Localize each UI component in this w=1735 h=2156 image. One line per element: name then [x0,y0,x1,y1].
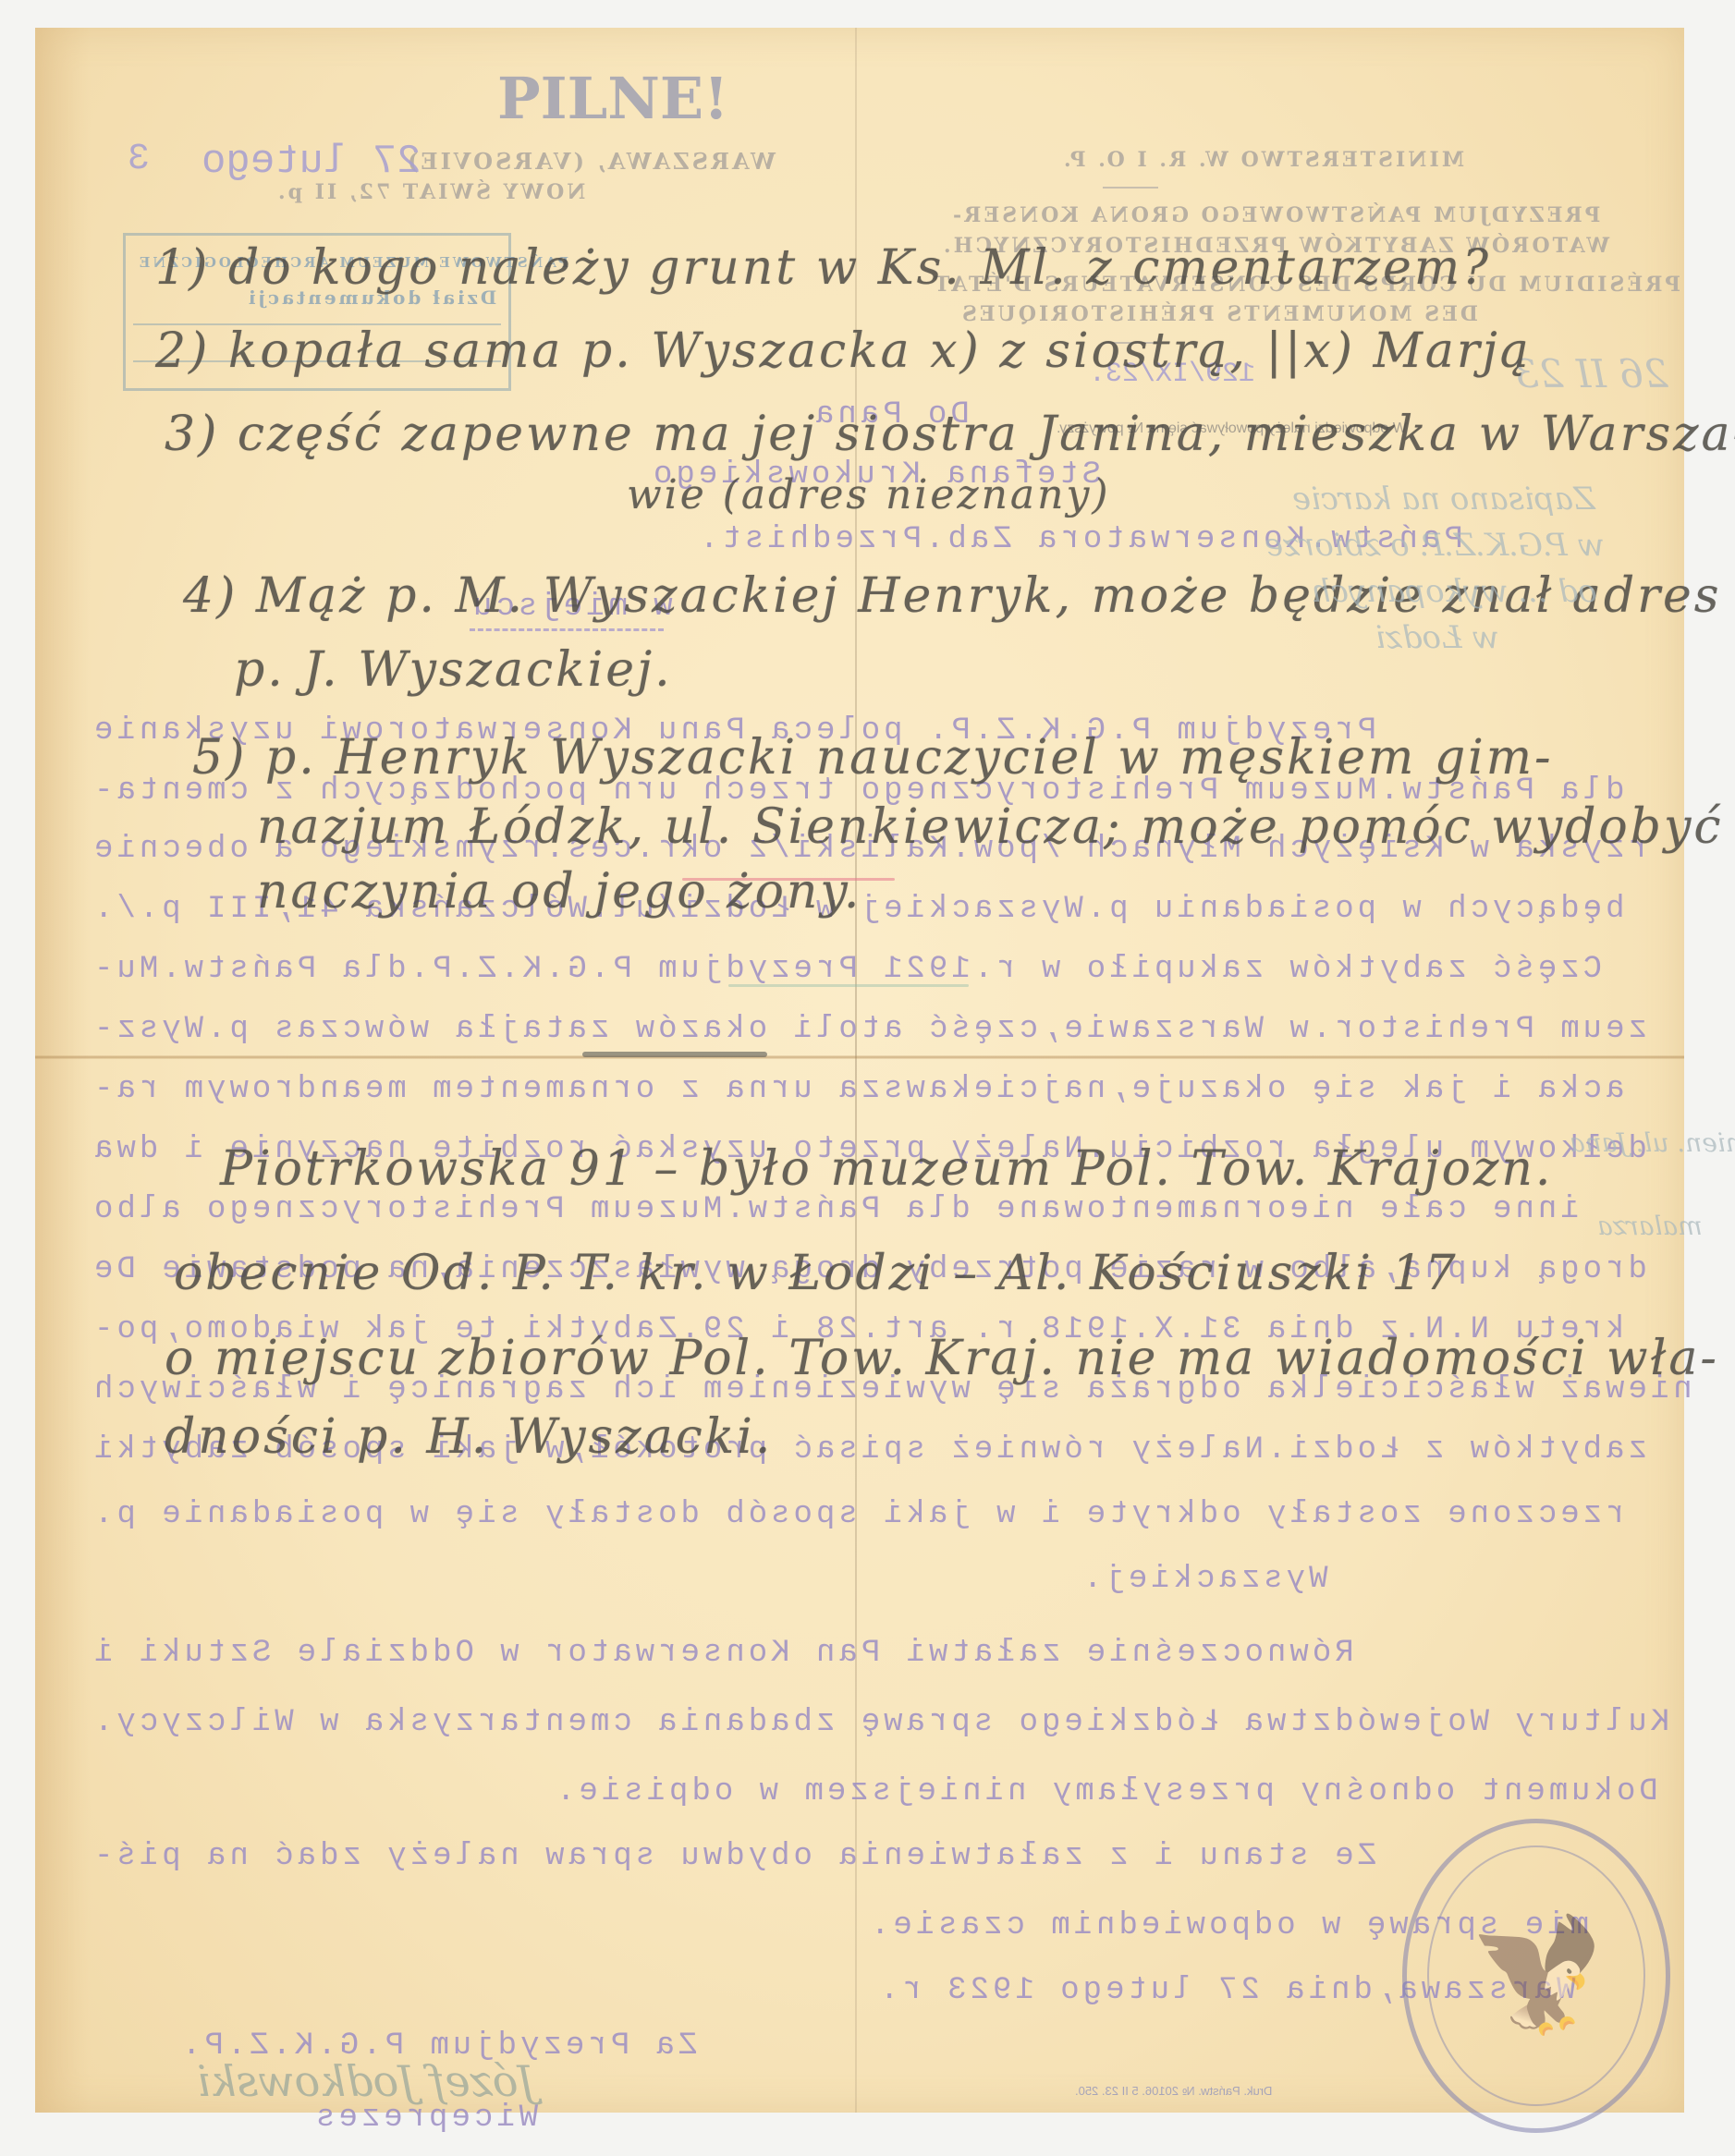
pencil-stroke [582,1052,767,1057]
eagle-emblem-icon: 🦅 [1467,1911,1605,2040]
letterhead-address: NOWY ŚWIAT 72, II p. [275,180,585,204]
handwritten-note: 5) p. Henryk Wyszacki nauczyciel w męski… [192,730,1554,786]
faint-margin-note: w P.G.K.Z.P. o zbiorze [1265,527,1605,564]
handwritten-note: 3) część zapewne ma jej siostra Janina, … [165,407,1735,462]
typed-body-line: rzeczone zostały odkryte i w jaki sposób… [91,1497,1624,1532]
horizontal-fold-line [35,1055,1684,1059]
print-note: Druk. Państw. № 20106. 5 II 23. 250. [1075,2084,1272,2098]
letterhead-date: 27 lutego [202,139,422,185]
typed-body-line: acka i jak się okazuje,najciekawsza urna… [91,1072,1624,1107]
handwritten-note: nazjum Łódzk, ul. Sienkiewicza; może pom… [257,799,1723,855]
handwritten-note: wie (adres nieznany) [627,471,1111,518]
letterhead-presidium-pl-1: PREZYDJUM PAŃSTWOWEGO GRONA KONSER- [950,203,1600,227]
signature-role: Wiceprezes [312,2101,538,2136]
typed-closing-line: Równocześnie załatwi Pan Konserwator w O… [91,1636,1354,1671]
letterhead-ministry: MINISTERSTWO W. R. I O. P. [1061,148,1464,172]
typed-body-line: inne całe nieornamentowane dla Państw.Mu… [91,1192,1580,1227]
official-seal: 🦅 [1402,1819,1670,2133]
typed-closing-line: Ze stanu i z załatwienia obydwu spraw na… [91,1839,1376,1874]
typed-body-line: zeum Prehistor.w Warszawie,część atoli o… [91,1012,1647,1047]
recipient-underline [470,628,664,631]
handwritten-note: 2) kopała sama p. Wyszacka x) z siostrą,… [155,323,1532,379]
faint-margin-note: w Łodzi [1375,619,1499,656]
letterhead-year: 3 [128,139,150,180]
typed-closing-line: Kultury Województwa Łódzkiego sprawę zba… [91,1705,1669,1740]
letterhead-place: WARSZAWA, (VARSOVIE) [405,148,776,175]
faint-margin-note: Zmien. ul. Jana [1570,1127,1735,1158]
typed-body-line: Wyszackiej. [1080,1562,1327,1597]
handwritten-note: naczynia od jego żony. [257,864,861,920]
handwritten-note-lower: Piotrkowska 91 – było muzeum Pol. Tow. K… [220,1141,1553,1197]
urgent-stamp: PILNE! [497,65,728,132]
signature-handwritten: Józef Jodkowski [197,2056,535,2106]
faint-margin-note: malarza [1597,1211,1703,1241]
document-page: PILNE! WARSZAWA, (VARSOVIE) 27 lutego 3 … [35,28,1684,2113]
handwritten-note-lower: obecnie Od. P. T. kr. w Łodzi – Al. Kośc… [174,1246,1459,1301]
green-underline [728,984,969,987]
margin-date-number: 26 II 23 [1514,351,1668,396]
handwritten-note: p. J. Wyszackiej. [234,642,673,698]
handwritten-note-lower: dności p. H. Wyszacki. [165,1409,773,1465]
typed-body-line: Część zabytków zakupiło w r.1921 Prezydj… [91,952,1602,987]
letterhead-rule [1103,187,1158,189]
handwritten-note: 1) do kogo należy grunt w Ks. Ml. z cmen… [155,240,1491,296]
typed-closing-line: Dokument odnośny przesyłamy niniejszem w… [553,1774,1658,1809]
faint-margin-note: Zapisano na karcie [1292,481,1595,518]
faint-margin-note: od ... wykopanych [1311,573,1597,610]
handwritten-note-lower: o miejscu zbiorów Pol. Tow. Kraj. nie ma… [165,1331,1719,1386]
